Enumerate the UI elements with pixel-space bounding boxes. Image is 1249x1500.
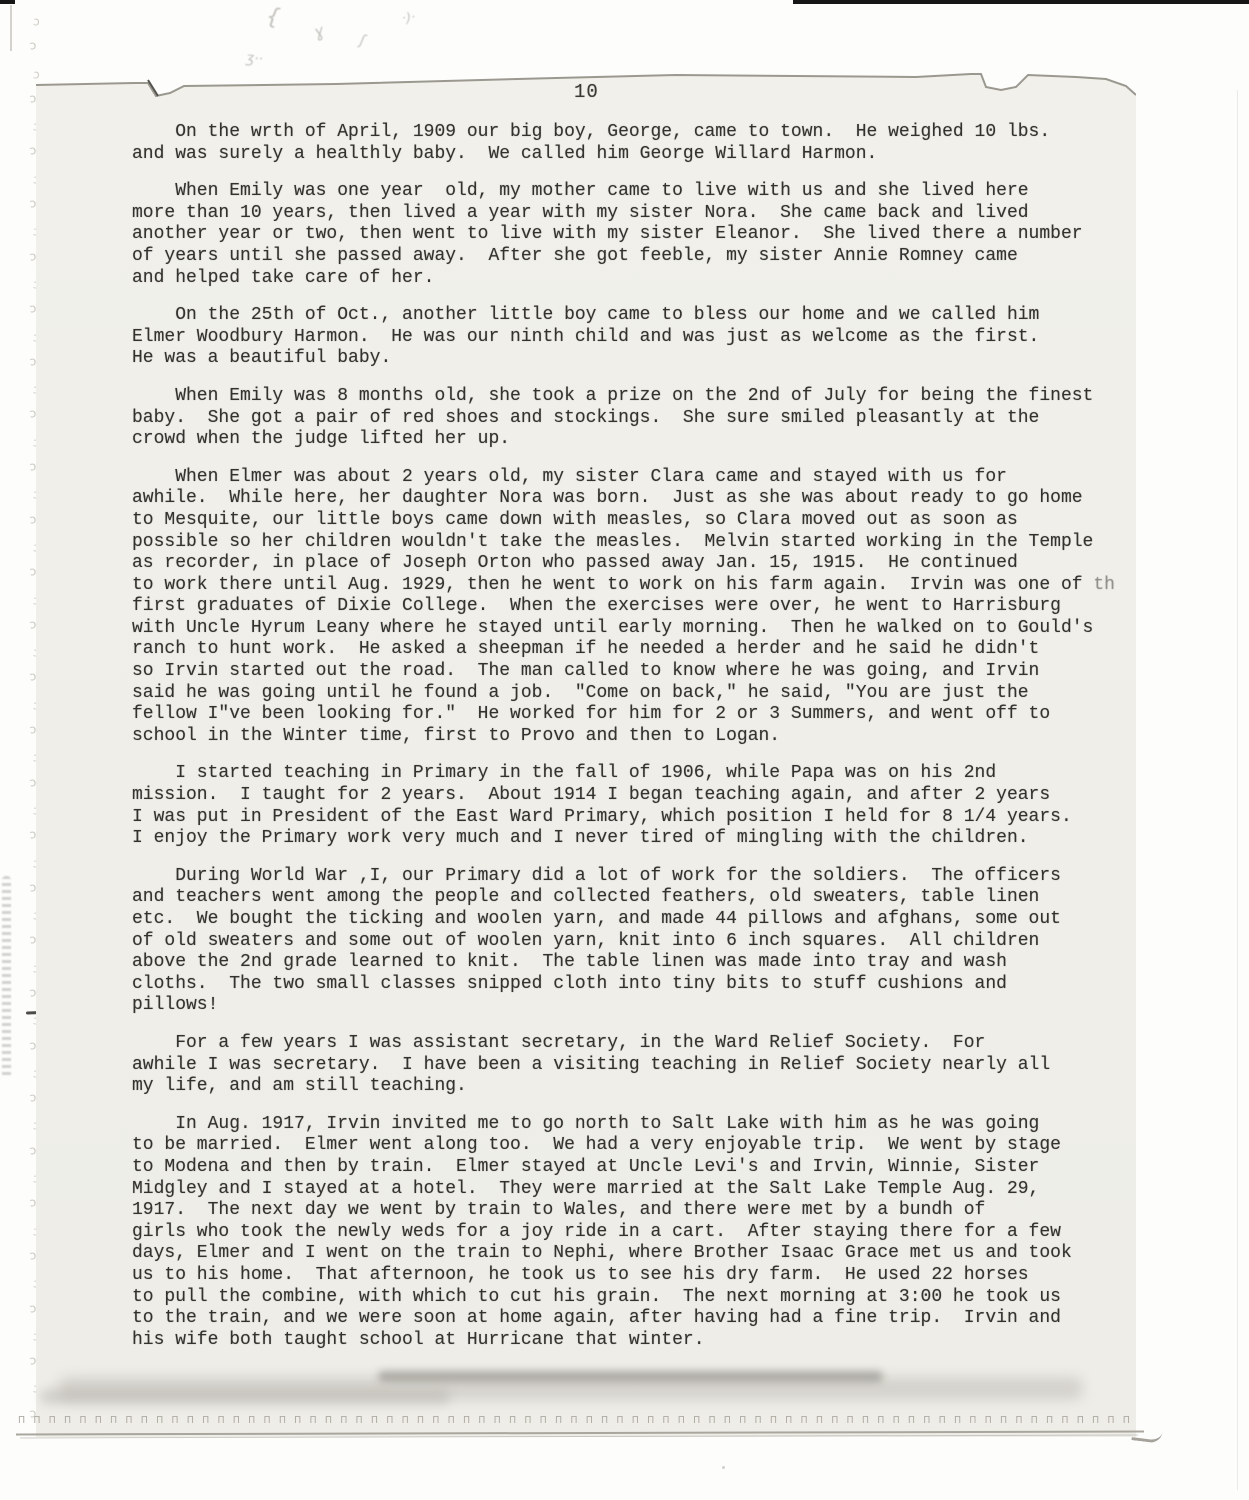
binder-mark-icon: c <box>14 723 39 751</box>
text-line: above the 2nd grade learned to knit. The… <box>132 952 1142 974</box>
paper-speck <box>722 1466 725 1469</box>
text-line: mission. I taught for 2 years. About 191… <box>132 785 1142 807</box>
binder-mark-icon: c <box>14 1039 39 1067</box>
text-line: and helped take care of her. <box>132 268 1142 290</box>
text-line: to Modena and then by train. Elmer staye… <box>132 1157 1142 1179</box>
text-line: to work there until Aug. 1929, then he w… <box>132 575 1142 597</box>
binder-mark-icon: c <box>14 828 39 856</box>
text-line: When Emily was 8 months old, she took a … <box>132 386 1142 408</box>
binder-mark-icon: c <box>14 1144 39 1172</box>
text-line: of old sweaters and some out of woolen y… <box>132 931 1142 953</box>
scanner-edge-line <box>1237 90 1238 1490</box>
text-line: to be married. Elmer went along too. We … <box>132 1135 1142 1157</box>
paragraph: For a few years I was assistant secretar… <box>132 1033 1142 1098</box>
paragraph: On the wrth of April, 1909 our big boy, … <box>132 122 1142 165</box>
text-line: I started teaching in Primary in the fal… <box>132 763 1142 785</box>
text-line: baby. She got a pair of red shoes and st… <box>132 408 1142 430</box>
text-line: awhile I was secretary. I have been a vi… <box>132 1055 1142 1077</box>
binder-mark-icon: c <box>14 197 39 225</box>
perforation-row: ΠΠΠΠΠΠΠΠΠΠΠΠΠΠΠΠΠΠΠΠΠΠΠΠΠΠΠΠΠΠΠΠΠΠΠΠΠΠΠΠ… <box>18 1415 1146 1426</box>
text-line: When Emily was one year old, my mother c… <box>132 181 1142 203</box>
binding-edge-line <box>10 5 12 51</box>
binder-mark-icon: c <box>14 1354 39 1382</box>
binder-mark-icon: c <box>14 1301 39 1329</box>
text-line: another year or two, then went to live w… <box>132 224 1142 246</box>
text-line: said he was going until he found a job. … <box>132 683 1142 705</box>
text-line: On the wrth of April, 1909 our big boy, … <box>132 122 1142 144</box>
binder-mark-icon: c <box>14 302 39 330</box>
text-line: my life, and am still teaching. <box>132 1076 1142 1098</box>
text-line: more than 10 years, then lived a year wi… <box>132 203 1142 225</box>
text-line: For a few years I was assistant secretar… <box>132 1033 1142 1055</box>
text-line: cloths. The two small classes snipped cl… <box>132 974 1142 996</box>
text-line: 1917. The next day we went by train to W… <box>132 1200 1142 1222</box>
text-line: On the 25th of Oct., another little boy … <box>132 305 1142 327</box>
text-line: and teachers went among the people and c… <box>132 887 1142 909</box>
text-line: Elmer Woodbury Harmon. He was our ninth … <box>132 327 1142 349</box>
binder-mark-icon: c <box>14 144 39 172</box>
text-line: school in the Winter time, first to Prov… <box>132 726 1142 748</box>
binder-mark-icon: c <box>14 1091 39 1119</box>
paragraph: On the 25th of Oct., another little boy … <box>132 305 1142 370</box>
text-line: first graduates of Dixie College. When t… <box>132 596 1142 618</box>
text-line: During World War ,I, our Primary did a l… <box>132 866 1142 888</box>
page-number: 10 <box>574 81 599 103</box>
text-line: fellow I"ve been looking for." He worked… <box>132 704 1142 726</box>
binder-mark-icon: c <box>14 39 39 67</box>
text-line: I enjoy the Primary work very much and I… <box>132 828 1142 850</box>
text-line: In Aug. 1917, Irvin invited me to go nor… <box>132 1114 1142 1136</box>
binder-mark-icon: c <box>14 933 39 961</box>
binder-marks: cccccccccccccccccccccccccccccccccccccccc… <box>15 14 37 1434</box>
text-line: crowd when the judge lifted her up. <box>132 429 1142 451</box>
text-line: days, Elmer and I went on the train to N… <box>132 1243 1142 1265</box>
paragraph: When Emily was one year old, my mother c… <box>132 181 1142 289</box>
text-line: girls who took the newly weds for a joy … <box>132 1222 1142 1244</box>
text-line: When Elmer was about 2 years old, my sis… <box>132 467 1142 489</box>
binder-mark-icon: c <box>14 513 39 541</box>
binder-mark-icon: c <box>14 92 39 120</box>
page-bottom-edge-hook <box>1131 1428 1162 1444</box>
binder-mark-icon: c <box>14 881 39 909</box>
binder-mark-icon: c <box>14 355 39 383</box>
text-line: and was surely a healthly baby. We calle… <box>132 144 1142 166</box>
binder-mark-icon: c <box>14 1249 39 1277</box>
binder-mark-icon: c <box>14 460 39 488</box>
binder-mark-icon: c <box>14 407 39 435</box>
text-line: etc. We bought the ticking and woolen ya… <box>132 909 1142 931</box>
binder-mark-icon: c <box>14 776 39 804</box>
text-line: us to his home. That afternoon, he took … <box>132 1265 1142 1287</box>
paragraph: When Emily was 8 months old, she took a … <box>132 386 1142 451</box>
pencil-scribble: ·)· <box>401 10 416 26</box>
text-line: He was a beautiful baby. <box>132 348 1142 370</box>
binder-mark-icon: c <box>15 13 40 42</box>
margin-bleedthrough-text <box>2 876 11 1078</box>
faint-text: th <box>1093 575 1115 595</box>
paragraph: In Aug. 1917, Irvin invited me to go nor… <box>132 1114 1142 1352</box>
text-line: with Uncle Hyrum Leany where he stayed u… <box>132 618 1142 640</box>
text-line: to Mesquite, our little boys came down w… <box>132 510 1142 532</box>
text-line: to the train, and we were soon at home a… <box>132 1308 1142 1330</box>
paragraph: When Elmer was about 2 years old, my sis… <box>132 467 1142 748</box>
paragraph: I started teaching in Primary in the fal… <box>132 763 1142 849</box>
pencil-scribble: ɣ <box>311 21 326 42</box>
text-line: to pull the combine, with which to cut h… <box>132 1287 1142 1309</box>
binder-mark-icon: c <box>14 618 39 646</box>
text-line: of years until she passed away. After sh… <box>132 246 1142 268</box>
scan-edge-black-left <box>0 0 15 4</box>
binder-mark-icon: c <box>14 565 39 593</box>
pencil-scribble: { <box>264 4 281 31</box>
text-line: so Irvin started out the road. The man c… <box>132 661 1142 683</box>
text-line: possible so her children wouldn't take t… <box>132 532 1142 554</box>
binder-mark-icon: c <box>14 670 39 698</box>
pencil-scribble: ʃ <box>358 33 366 50</box>
text-line: I was put in President of the East Ward … <box>132 807 1142 829</box>
scan-shadow-smudge <box>378 1371 883 1382</box>
scan-shadow-smudge <box>40 1389 450 1404</box>
binder-mark-icon: c <box>14 986 39 1014</box>
text-line: pillows! <box>132 995 1142 1017</box>
text-line: as recorder, in place of Joseph Orton wh… <box>132 553 1142 575</box>
typed-text: On the wrth of April, 1909 our big boy, … <box>132 122 1142 1367</box>
text-line: awhile. While here, her daughter Nora wa… <box>132 488 1142 510</box>
binder-mark-icon: c <box>14 250 39 278</box>
paragraph: During World War ,I, our Primary did a l… <box>132 866 1142 1017</box>
text-line: ranch to hunt work. He asked a sheepman … <box>132 639 1142 661</box>
scan-edge-black-right <box>793 0 1249 4</box>
binder-mark-icon: c <box>14 1196 39 1224</box>
text-line: his wife both taught school at Hurricane… <box>132 1330 1142 1352</box>
text-line: Midgley and I stayed at a hotel. They we… <box>132 1179 1142 1201</box>
